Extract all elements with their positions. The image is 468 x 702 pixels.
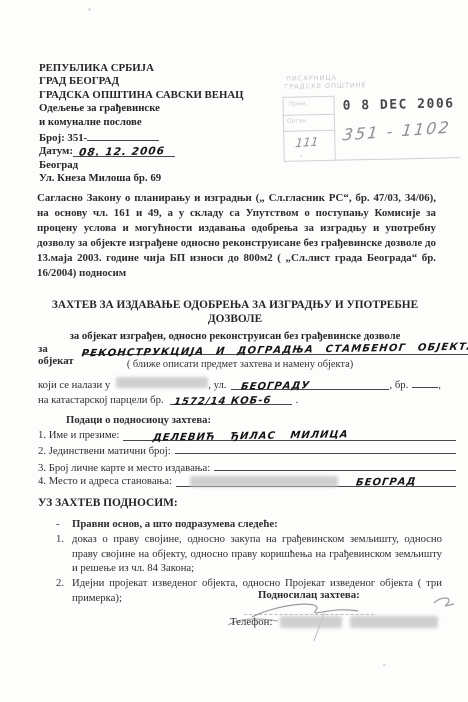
- object-field-hint: ( ближе описати предмет захтева и намену…: [90, 359, 390, 370]
- letterhead-line-city: ГРАД БЕОГРАД: [39, 75, 244, 88]
- applicant-id-row: 3. Број личне карте и место издавања:: [38, 459, 456, 476]
- parcel-line-end: .: [296, 393, 299, 408]
- applicant-address-label: 4. Место и адреса становања:: [38, 475, 172, 489]
- legal-item-2-number: 2.: [56, 576, 72, 606]
- applicant-name-row: 1. Име и презиме: ДЕЛЕВИЋ ЂИЛАС МИЛИЦА: [38, 429, 456, 443]
- location-prefix: који се налази у: [38, 378, 110, 393]
- document-subtitle: за објекат изграђен, односно реконструис…: [34, 330, 436, 342]
- handwritten-street: БЕОГРАДУ: [240, 378, 311, 394]
- handwritten-object-description: РЕКОНСТРУКЦИЈА И ДОГРАДЊА СТАМБЕНОГ ОБЈЕ…: [81, 342, 468, 360]
- scan-noise-speck: [88, 8, 91, 11]
- signature-label: Подносилац захтева:: [258, 589, 468, 601]
- redacted-phone-1: [280, 616, 342, 628]
- handwritten-applicant-name: ДЕЛЕВИЋ ЂИЛАС МИЛИЦА: [152, 428, 349, 445]
- receipt-stamp: ПИСАРНИЦА ГРАДСКЕ ОПШТИНЕ Прим. Орган. 0…: [280, 72, 464, 174]
- signature-block: Подносилац захтева: Телефон:: [228, 589, 468, 649]
- letterhead-street: Ул. Кнеза Милоша бр. 69: [39, 172, 244, 185]
- applicant-id-line: [214, 459, 456, 471]
- house-number-label: , бр.: [389, 378, 408, 393]
- handwritten-date: 08. 12. 2006: [78, 146, 166, 161]
- applicant-jmbg-row: 2. Јединствени матични број:: [38, 442, 456, 459]
- letterhead-line-municipality: ГРАДСКА ОПШТИНА САВСКИ ВЕНАЦ: [39, 89, 244, 102]
- object-field-label: за објекат: [38, 343, 74, 367]
- parcel-label: на катастарској парцели бр.: [38, 393, 164, 408]
- scan-noise-speck: [383, 664, 386, 666]
- handwritten-parcel-number: 1572/14 КОБ-6: [173, 393, 272, 410]
- house-number-line: [412, 376, 438, 388]
- location-block: који се налази у , ул. БЕОГРАДУ , бр. , …: [38, 376, 454, 408]
- object-field-line: РЕКОНСТРУКЦИЈА И ДОГРАДЊА СТАМБЕНОГ ОБЈЕ…: [82, 343, 468, 355]
- redacted-address: [190, 476, 338, 487]
- date-label: Датум:: [39, 145, 73, 158]
- phone-label: Телефон:: [230, 616, 272, 628]
- applicant-section-title: Подаци о подносиоцу захтева:: [66, 414, 456, 428]
- legal-basis-header: Правни основ, а што подразумева следеће:: [72, 517, 442, 532]
- stamp-bottom-line: [334, 157, 460, 161]
- legal-item-1-text: доказ о праву својине, односно закупа на…: [72, 532, 442, 576]
- date-stamp: 0 8 DEC 2006: [342, 96, 454, 113]
- redacted-location: [116, 377, 208, 388]
- legal-intro-paragraph: Сагласно Закону о планирању и изградњи (…: [37, 191, 436, 280]
- handwritten-city: БЕОГРАД: [355, 476, 417, 491]
- letterhead: РЕПУБЛИКА СРБИЈА ГРАД БЕОГРАД ГРАДСКА ОП…: [39, 62, 244, 186]
- letterhead-line-department1: Одељење за грађевинске: [39, 102, 244, 115]
- document-title-block: ЗАХТЕВ ЗА ИЗДАВАЊЕ ОДОБРЕЊА ЗА ИЗГРАДЊУ …: [34, 299, 436, 342]
- street-line: БЕОГРАДУ: [231, 378, 389, 390]
- applicant-id-label: 3. Број личне карте и место издавања:: [38, 462, 210, 476]
- handwritten-stamp-cell-number: 111: [295, 135, 319, 151]
- redacted-phone-2: [350, 616, 438, 628]
- date-line: 08. 12. 2006: [73, 145, 175, 157]
- legal-item-1: 1. доказ о праву својине, односно закупа…: [56, 532, 442, 576]
- applicant-name-line: ДЕЛЕВИЋ ЂИЛАС МИЛИЦА: [123, 429, 456, 441]
- legal-item-1-number: 1.: [56, 532, 72, 576]
- signature-dashed-line: [244, 614, 374, 615]
- applicant-address-line: БЕОГРАД: [176, 475, 456, 487]
- applicant-name-label: 1. Име и презиме:: [38, 429, 119, 443]
- legal-basis-header-row: - Правни основ, а што подразумева следећ…: [56, 517, 442, 532]
- case-number-blank-line: [87, 129, 159, 141]
- case-number-label: Број: 351-: [39, 132, 87, 145]
- location-line-end: ,: [438, 378, 441, 393]
- applicant-section: Подаци о подносиоцу захтева: 1. Име и пр…: [38, 414, 456, 489]
- legal-basis-bullet: -: [56, 517, 72, 532]
- document-title: ЗАХТЕВ ЗА ИЗДАВАЊЕ ОДОБРЕЊА ЗА ИЗГРАДЊУ …: [49, 299, 421, 327]
- letterhead-line-department2: и комуналне послове: [39, 116, 244, 129]
- stamp-row1-label: Прим.: [289, 100, 308, 107]
- letterhead-line-republic: РЕПУБЛИКА СРБИЈА: [39, 62, 244, 75]
- handwritten-case-number: 351 - 1102: [342, 118, 452, 145]
- applicant-address-row: 4. Место и адреса становања: БЕОГРАД: [38, 475, 456, 489]
- scanned-document-page: РЕПУБЛИКА СРБИЈА ГРАД БЕОГРАД ГРАДСКА ОП…: [0, 0, 468, 702]
- street-label: , ул.: [208, 378, 226, 393]
- applicant-jmbg-label: 2. Јединствени матични број:: [38, 445, 171, 459]
- stamp-faint-line2: ГРАДСКЕ ОПШТИНЕ: [284, 82, 367, 91]
- stamp-row2-label: Орган.: [287, 117, 308, 124]
- parcel-line: 1572/14 КОБ-6: [170, 393, 292, 405]
- scan-noise-speck: [300, 155, 302, 157]
- attachments-title: УЗ ЗАХТЕВ ПОДНОСИМ:: [38, 497, 178, 509]
- letterhead-city: Београд: [39, 159, 244, 172]
- phone-row: Телефон:: [230, 616, 438, 628]
